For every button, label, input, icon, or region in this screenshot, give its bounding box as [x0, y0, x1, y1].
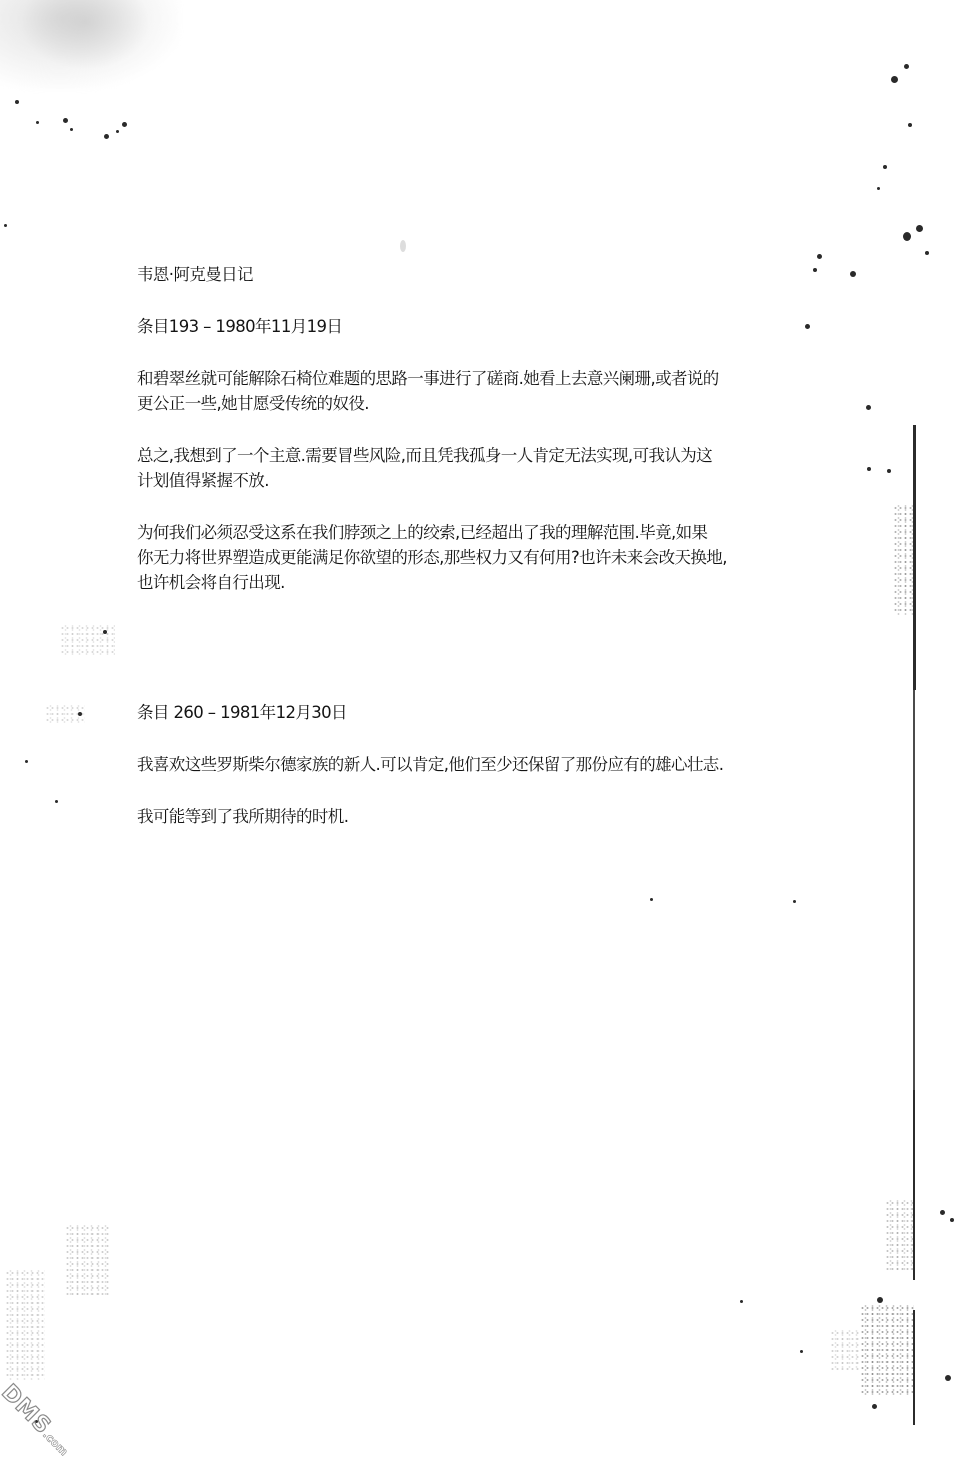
- ink-spatter: [36, 121, 39, 124]
- paragraph-line: 也许机会将自行出现.: [137, 573, 285, 592]
- ink-spatter: [867, 467, 871, 471]
- entry-paragraph: 为何我们必须忍受这系在我们脖颈之上的绞索,已经超出了我的理解范围.毕竟,如果 你…: [137, 520, 787, 595]
- ink-spatter: [740, 1300, 743, 1303]
- ink-spatter: [650, 898, 653, 901]
- ink-spatter: [104, 134, 109, 139]
- ink-spatter: [891, 76, 898, 83]
- paragraph-line: 我喜欢这些罗斯柴尔德家族的新人.可以肯定,他们至少还保留了那份应有的雄心壮志.: [137, 755, 723, 774]
- ink-spatter: [70, 128, 73, 131]
- ink-spatter: [916, 225, 923, 232]
- page-noise: [60, 625, 115, 655]
- entry-paragraph: 我喜欢这些罗斯柴尔德家族的新人.可以肯定,他们至少还保留了那份应有的雄心壮志.: [137, 752, 787, 777]
- page-edge-line: [913, 690, 915, 1090]
- ink-spatter: [63, 118, 68, 123]
- ink-spatter: [904, 64, 909, 69]
- ink-spatter: [122, 122, 127, 127]
- ink-spatter: [883, 165, 887, 169]
- ink-spatter: [908, 123, 912, 127]
- page-noise: [830, 1330, 860, 1370]
- page-noise: [893, 505, 913, 615]
- diary-title: 韦恩·阿克曼日记: [137, 262, 787, 287]
- watermark-suffix: .com: [40, 1428, 70, 1458]
- paragraph-line: 总之,我想到了一个主意.需要冒些风险,而且凭我孤身一人肯定无法实现,可我认为这: [137, 446, 712, 465]
- page-noise: [65, 1225, 110, 1295]
- ink-spatter: [887, 469, 891, 473]
- ink-spatter: [925, 251, 929, 255]
- page-noise: [860, 1305, 914, 1395]
- ink-spatter: [4, 224, 7, 227]
- ink-spatter: [805, 324, 810, 329]
- document-page: 韦恩·阿克曼日记 条目193 – 1980年11月19日 和碧翠丝就可能解除石椅…: [0, 0, 954, 1467]
- paragraph-line: 你无力将世界塑造成更能满足你欲望的形态,那些权力又有何用?也许未来会改天换地,: [137, 548, 727, 567]
- page-noise: [885, 1200, 913, 1270]
- ink-spatter: [903, 232, 911, 241]
- page-edge-line: [913, 425, 916, 690]
- entry-paragraph: 总之,我想到了一个主意.需要冒些风险,而且凭我孤身一人肯定无法实现,可我认为这 …: [137, 443, 787, 493]
- entry-paragraph: 我可能等到了我所期待的时机.: [137, 804, 787, 829]
- grunge-stain: [20, 0, 150, 70]
- entry-spacer: [137, 622, 787, 700]
- ink-spatter: [78, 712, 82, 716]
- ink-spatter: [813, 268, 817, 272]
- ink-spatter: [877, 1297, 883, 1303]
- paragraph-line: 我可能等到了我所期待的时机.: [137, 807, 348, 826]
- ink-spatter: [103, 630, 107, 634]
- page-edge-line: [913, 1090, 915, 1280]
- paragraph-line: 更公正一些,她甘愿受传统的奴役.: [137, 394, 369, 413]
- diary-entry: 条目 260 – 1981年12月30日 我喜欢这些罗斯柴尔德家族的新人.可以肯…: [137, 700, 787, 829]
- ink-spatter: [866, 405, 871, 410]
- ink-spatter: [950, 1218, 954, 1222]
- ink-spatter: [15, 100, 19, 104]
- ink-spatter: [800, 1350, 803, 1353]
- ink-spatter: [400, 240, 406, 252]
- diary-entry: 条目193 – 1980年11月19日 和碧翠丝就可能解除石椅位难题的思路一事进…: [137, 314, 787, 595]
- paragraph-line: 和碧翠丝就可能解除石椅位难题的思路一事进行了磋商.她看上去意兴阑珊,或者说的: [137, 369, 719, 388]
- paragraph-line: 计划值得紧握不放.: [137, 471, 269, 490]
- watermark-logo: DMS.com: [0, 1380, 77, 1460]
- ink-spatter: [850, 271, 856, 277]
- entry-heading: 条目193 – 1980年11月19日: [137, 314, 787, 339]
- entry-paragraph: 和碧翠丝就可能解除石椅位难题的思路一事进行了磋商.她看上去意兴阑珊,或者说的 更…: [137, 366, 787, 416]
- ink-spatter: [25, 760, 28, 763]
- paragraph-line: 为何我们必须忍受这系在我们脖颈之上的绞索,已经超出了我的理解范围.毕竟,如果: [137, 523, 707, 542]
- ink-spatter: [940, 1210, 945, 1215]
- ink-spatter: [116, 130, 119, 133]
- ink-spatter: [55, 800, 58, 803]
- ink-spatter: [817, 254, 822, 259]
- page-noise: [5, 1270, 45, 1380]
- ink-spatter: [793, 900, 796, 903]
- ink-spatter: [877, 187, 880, 190]
- ink-spatter: [872, 1404, 877, 1409]
- diary-content: 韦恩·阿克曼日记 条目193 – 1980年11月19日 和碧翠丝就可能解除石椅…: [137, 262, 787, 856]
- ink-spatter: [945, 1375, 951, 1381]
- entry-heading: 条目 260 – 1981年12月30日: [137, 700, 787, 725]
